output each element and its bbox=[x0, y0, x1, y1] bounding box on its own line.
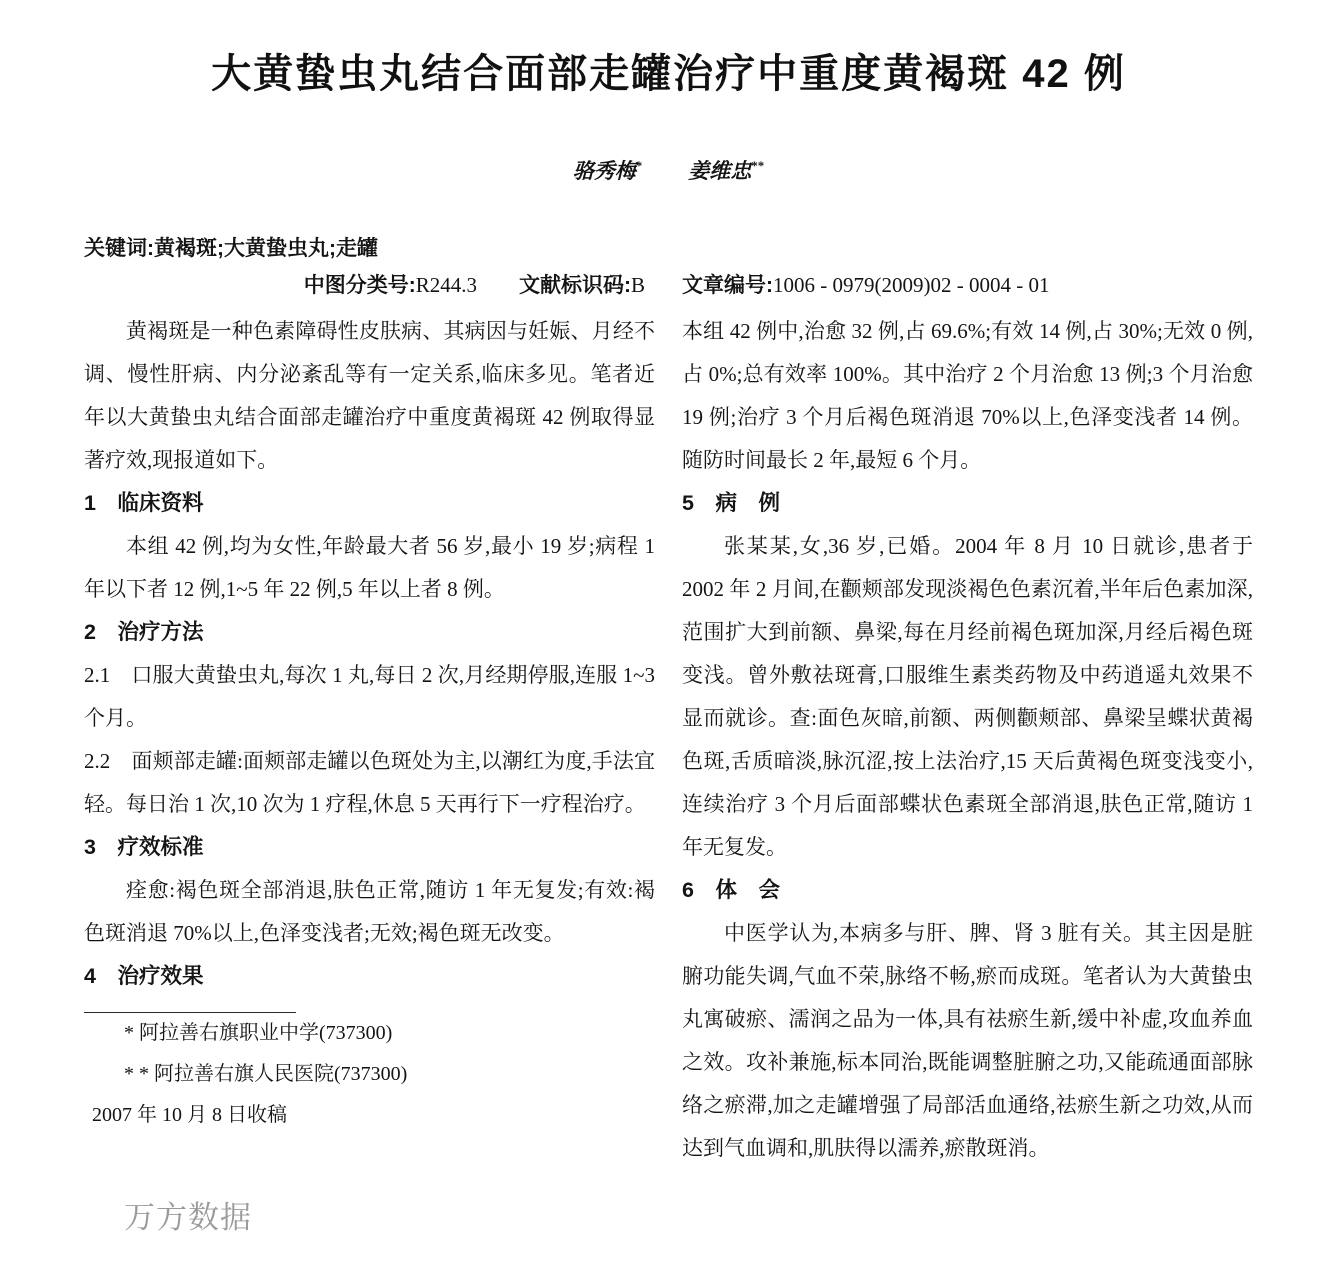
section-2-heading: 2 治疗方法 bbox=[84, 611, 655, 654]
section-2-1-paragraph: 2.1 口服大黄蛰虫丸,每次 1 丸,每日 2 次,月经期停服,连服 1~3 个… bbox=[84, 654, 655, 740]
received-date-line: 2007 年 10 月 8 日收稿 bbox=[84, 1095, 655, 1136]
section-6-discussion-paragraph: 中医学认为,本病多与肝、脾、肾 3 脏有关。其主因是脏腑功能失调,气血不荣,脉络… bbox=[682, 912, 1253, 1170]
section-4-results-paragraph: 本组 42 例中,治愈 32 例,占 69.6%;有效 14 例,占 30%;无… bbox=[682, 310, 1253, 482]
clc-label: 中图分类号: bbox=[304, 274, 416, 297]
paper-page: 大黄蛰虫丸结合面部走罐治疗中重度黄褐斑 42 例 骆秀梅* 姜维忠** 关键词:… bbox=[0, 0, 1337, 1266]
authors-line: 骆秀梅* 姜维忠** bbox=[0, 155, 1337, 185]
author-1-affiliation-mark: * bbox=[636, 158, 643, 173]
article-number-value: 1006 - 0979(2009)02 - 0004 - 01 bbox=[773, 273, 1049, 297]
author-2: 姜维忠** bbox=[688, 155, 764, 185]
section-1-heading: 1 临床资料 bbox=[84, 482, 655, 525]
article-content: 关键词:黄褐斑;大黄蛰虫丸;走罐 中图分类号:R244.3文献标识码:B 文章编… bbox=[84, 231, 1253, 1170]
section-2-2-paragraph: 2.2 面颊部走罐:面颊部走罐以色斑处为主,以潮红为度,手法宜轻。每日治 1 次… bbox=[84, 740, 655, 826]
doc-code-label: 文献标识码: bbox=[519, 274, 631, 297]
clc-value: R244.3 bbox=[416, 273, 477, 297]
meta-row: 中图分类号:R244.3文献标识码:B 文章编号:1006 - 0979(200… bbox=[84, 267, 1253, 304]
keywords-line: 关键词:黄褐斑;大黄蛰虫丸;走罐 bbox=[84, 231, 1253, 267]
section-5-case-paragraph: 张某某,女,36 岁,已婚。2004 年 8 月 10 日就诊,患者于 2002… bbox=[682, 525, 1253, 869]
classification-line: 中图分类号:R244.3文献标识码:B bbox=[84, 267, 655, 304]
section-6-heading: 6 体 会 bbox=[682, 869, 1253, 912]
section-4-heading: 4 治疗效果 bbox=[84, 955, 655, 998]
section-3-paragraph: 痊愈:褐色斑全部消退,肤色正常,随访 1 年无复发;有效:褐色斑消退 70%以上… bbox=[84, 869, 655, 955]
article-number-label: 文章编号: bbox=[682, 274, 773, 297]
right-column: 本组 42 例中,治愈 32 例,占 69.6%;有效 14 例,占 30%;无… bbox=[682, 310, 1253, 1170]
section-3-heading: 3 疗效标准 bbox=[84, 826, 655, 869]
intro-paragraph: 黄褐斑是一种色素障碍性皮肤病、其病因与妊娠、月经不调、慢性肝病、内分泌紊乱等有一… bbox=[84, 310, 655, 482]
article-number-line: 文章编号:1006 - 0979(2009)02 - 0004 - 01 bbox=[682, 267, 1253, 304]
wanfang-data-watermark: 万方数据 bbox=[124, 1192, 252, 1237]
paper-title: 大黄蛰虫丸结合面部走罐治疗中重度黄褐斑 42 例 bbox=[0, 0, 1337, 99]
author-1: 骆秀梅* bbox=[573, 155, 643, 185]
section-5-heading: 5 病 例 bbox=[682, 482, 1253, 525]
footnote-affiliation-2: * * 阿拉善右旗人民医院(737300) bbox=[84, 1054, 655, 1095]
section-1-paragraph: 本组 42 例,均为女性,年龄最大者 56 岁,最小 19 岁;病程 1 年以下… bbox=[84, 525, 655, 611]
left-column: 黄褐斑是一种色素障碍性皮肤病、其病因与妊娠、月经不调、慢性肝病、内分泌紊乱等有一… bbox=[84, 310, 655, 1170]
doc-code-value: B bbox=[631, 273, 645, 297]
author-2-affiliation-mark: ** bbox=[751, 158, 764, 173]
two-column-body: 黄褐斑是一种色素障碍性皮肤病、其病因与妊娠、月经不调、慢性肝病、内分泌紊乱等有一… bbox=[84, 310, 1253, 1170]
footnote-affiliation-1: * 阿拉善右旗职业中学(737300) bbox=[84, 1013, 655, 1054]
